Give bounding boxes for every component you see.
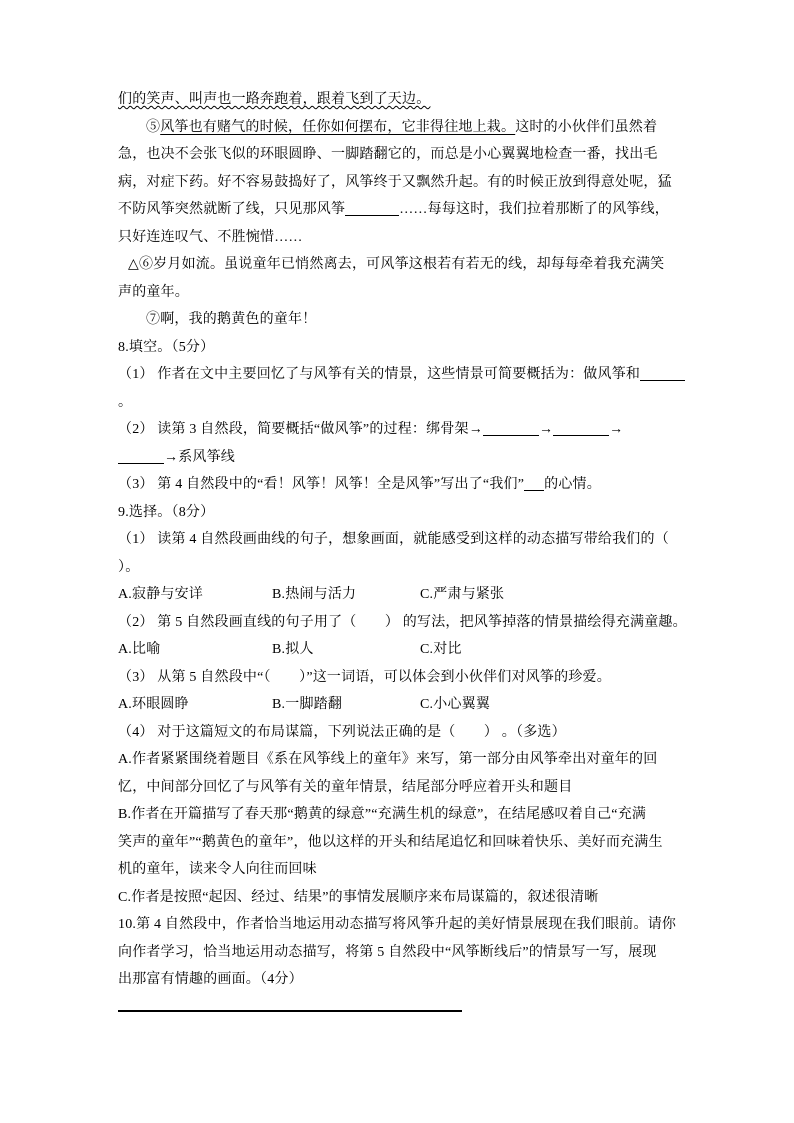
question-8-2-line-2: →系风筝线 [118,444,670,472]
question-9-1-line-1: （1） 读第 4 自然段画曲线的句子，想象画面，就能感受到这样的动态描写带给我们… [118,526,670,554]
fill-in-blank [524,490,544,491]
question-8-1-line-1: （1） 作者在文中主要回忆了与风筝有关的情景，这些情景可简要概括为：做风筝和 [118,361,670,389]
text-segment: （4） 对于这篇短文的布局谋篇，下列说法正确的是（ ） 。（多选） [118,725,566,740]
choice-option-b: B.拟人 [272,636,314,664]
text-segment: C.作者是按照“起因、经过、结果”的事情发展顺序来布局谋篇的，叙述很清晰 [118,890,598,905]
text-segment: 这时的小伙伴们虽然着 [515,120,657,135]
passage-para5-line-3: 病，对症下药。好不容易鼓捣好了，风筝终于又飘然升起。有的时候正放到得意处呢，猛 [118,169,670,197]
choice-option-c: C.严肃与紧张 [420,581,504,609]
passage-para4-ending-line: 们的笑声、叫声也一路奔跑着，跟着飞到了天边。 [118,86,670,114]
answer-writing-line [118,1010,462,1012]
passage-para6-line-2: 声的童年。 [118,279,670,307]
passage-para7-line-1: ⑦啊，我的鹅黄色的童年！ [118,306,670,334]
question-9-3-line-1: （3） 从第 5 自然段中“（ ）”这一词语，可以体会到小伙伴们对风筝的珍爱。 [118,664,670,692]
text-segment: 8.填空。（5分） [118,340,214,355]
question-9-4-option-a-line-2: 忆，中间部分回忆了与风筝有关的童年情景，结尾部分呼应着开头和题目 [118,774,670,802]
question-9-2-options: A.比喻B.拟人C.对比 [118,636,670,664]
text-segment: 只好连连叹气、不胜惋惜…… [118,230,303,245]
question-9-2-line-1: （2） 第 5 自然段画直线的句子用了（ ） 的写法，把风筝掉落的情景描绘得充满… [118,609,670,637]
text-segment: ）。 [118,560,139,575]
text-segment: 出那富有情趣的画面。（4分） [118,972,303,987]
question-8-2-line-1: （2） 读第 3 自然段，简要概括“做风筝”的过程：绑骨架→→→ [118,416,670,444]
exam-document-page: 们的笑声、叫声也一路奔跑着，跟着飞到了天边。⑤风筝也有赌气的时候，任你如何摆布，… [0,0,794,1123]
question-9-4-option-b-line-1: B.作者在开篇描写了春天那“鹅黄的绿意”“充满生机的绿意”，在结尾感叹着自己“充… [118,801,670,829]
text-segment: 忆，中间部分回忆了与风筝有关的童年情景，结尾部分呼应着开头和题目 [118,780,572,795]
choice-option-a: A.比喻 [118,636,160,664]
question-9-4-option-b-line-3: 机的童年，读来令人向往而回味 [118,856,670,884]
text-segment: （2） 第 5 自然段画直线的句子用了（ ） 的写法，把风筝掉落的情景描绘得充满… [118,615,687,630]
question-9-4-option-c-line-1: C.作者是按照“起因、经过、结果”的事情发展顺序来布局谋篇的，叙述很清晰 [118,884,670,912]
fill-in-blank [345,215,399,216]
text-segment: 。 [118,395,132,410]
choice-option-a: A.环眼圆睁 [118,691,189,719]
choice-option-b: B.热闹与活力 [272,581,356,609]
question-9-4-option-a-line-1: A.作者紧紧围绕着题目《系在风筝线上的童年》来写，第一部分由风筝牵出对童年的回 [118,746,670,774]
choice-option-b: B.一脚踏翻 [272,691,342,719]
fill-in-blank [553,435,609,436]
passage-para5-line-1: ⑤风筝也有赌气的时候，任你如何摆布，它非得往地上栽。这时的小伙伴们虽然着 [118,114,670,142]
text-segment: →系风筝线 [164,450,235,465]
text-segment: ……每每这时，我们拉着那断了的风筝线， [399,202,669,217]
question-9-1-line-2: ）。 [118,554,670,582]
choice-option-c: C.对比 [420,636,462,664]
text-segment: 10.第 4 自然段中，作者恰当地运用动态描写将风筝升起的美好情景展现在我们眼前… [118,917,676,932]
text-segment: 病，对症下药。好不容易鼓捣好了，风筝终于又飘然升起。有的时候正放到得意处呢，猛 [118,175,672,190]
text-segment: ⑦啊，我的鹅黄色的童年！ [146,312,316,327]
passage-para5-line-5: 只好连连叹气、不胜惋惜…… [118,224,670,252]
fill-in-blank [483,435,539,436]
text-segment: （2） 读第 3 自然段，简要概括“做风筝”的过程：绑骨架→ [118,422,483,437]
text-segment: （1） 读第 4 自然段画曲线的句子，想象画面，就能感受到这样的动态描写带给我们… [118,532,669,547]
question-10-line-2: 向作者学习，恰当地运用动态描写，将第 5 自然段中“风筝断线后”的情景写一写，展… [118,939,670,967]
question-8-3: （3） 第 4 自然段中的“看！风筝！风筝！全是风筝”写出了“我们”的心情。 [118,471,670,499]
fill-in-blank [118,463,164,464]
text-segment: 机的童年，读来令人向往而回味 [118,862,317,877]
question-10-line-1: 10.第 4 自然段中，作者恰当地运用动态描写将风筝升起的美好情景展现在我们眼前… [118,911,670,939]
text-segment: 笑声的童年”“鹅黄色的童年”，他以这样的开头和结尾追忆和回味着快乐、美好而充满生 [118,835,663,850]
text-segment: 9.选择。（8分） [118,505,214,520]
text-segment: 不防风筝突然就断了线，只见那风筝 [118,202,345,217]
text-segment: → [609,422,623,437]
question-8-header: 8.填空。（5分） [118,334,670,362]
text-segment: 急，也决不会张飞似的环眼圆睁、一脚踏翻它的，而总是小心翼翼地检查一番，找出毛 [118,147,658,162]
text-segment: ⑤ [146,120,160,135]
text-segment: （1） 作者在文中主要回忆了与风筝有关的情景，这些情景可简要概括为：做风筝和 [118,367,640,382]
choice-option-c: C.小心翼翼 [420,691,490,719]
text-segment: （3） 从第 5 自然段中“（ ）”这一词语，可以体会到小伙伴们对风筝的珍爱。 [118,670,611,685]
document-body: 们的笑声、叫声也一路奔跑着，跟着飞到了天边。⑤风筝也有赌气的时候，任你如何摆布，… [118,86,670,1012]
question-9-header: 9.选择。（8分） [118,499,670,527]
question-8-1-line-2: 。 [118,389,670,417]
question-9-3-options: A.环眼圆睁B.一脚踏翻C.小心翼翼 [118,691,670,719]
text-segment: 风筝也有赌气的时候，任你如何摆布，它非得往地上栽。 [160,120,515,135]
text-segment: 的心情。 [544,477,601,492]
question-9-4-option-b-line-2: 笑声的童年”“鹅黄色的童年”，他以这样的开头和结尾追忆和回味着快乐、美好而充满生 [118,829,670,857]
text-segment: B.作者在开篇描写了春天那“鹅黄的绿意”“充满生机的绿意”，在结尾感叹着自己“充… [118,807,646,822]
text-segment: A.作者紧紧围绕着题目《系在风筝线上的童年》来写，第一部分由风筝牵出对童年的回 [118,752,657,767]
text-segment: △⑥岁月如流。虽说童年已悄然离去，可风筝这根若有若无的线，却每每牵着我充满笑 [128,257,664,272]
text-segment: 们的笑声、叫声也一路奔跑着，跟着飞到了天边。 [118,92,430,107]
text-segment: （3） 第 4 自然段中的“看！风筝！风筝！全是风筝”写出了“我们” [118,477,524,492]
question-10-line-3: 出那富有情趣的画面。（4分） [118,966,670,994]
passage-para6-line-1: △⑥岁月如流。虽说童年已悄然离去，可风筝这根若有若无的线，却每每牵着我充满笑 [118,251,670,279]
text-segment: 向作者学习，恰当地运用动态描写，将第 5 自然段中“风筝断线后”的情景写一写，展… [118,945,657,960]
question-9-4-line-1: （4） 对于这篇短文的布局谋篇，下列说法正确的是（ ） 。（多选） [118,719,670,747]
question-9-1-options: A.寂静与安详B.热闹与活力C.严肃与紧张 [118,581,670,609]
passage-para5-line-4: 不防风筝突然就断了线，只见那风筝……每每这时，我们拉着那断了的风筝线， [118,196,670,224]
choice-option-a: A.寂静与安详 [118,581,203,609]
text-segment: 声的童年。 [118,285,189,300]
text-segment: → [539,422,553,437]
passage-para5-line-2: 急，也决不会张飞似的环眼圆睁、一脚踏翻它的，而总是小心翼翼地检查一番，找出毛 [118,141,670,169]
fill-in-blank [640,380,685,381]
